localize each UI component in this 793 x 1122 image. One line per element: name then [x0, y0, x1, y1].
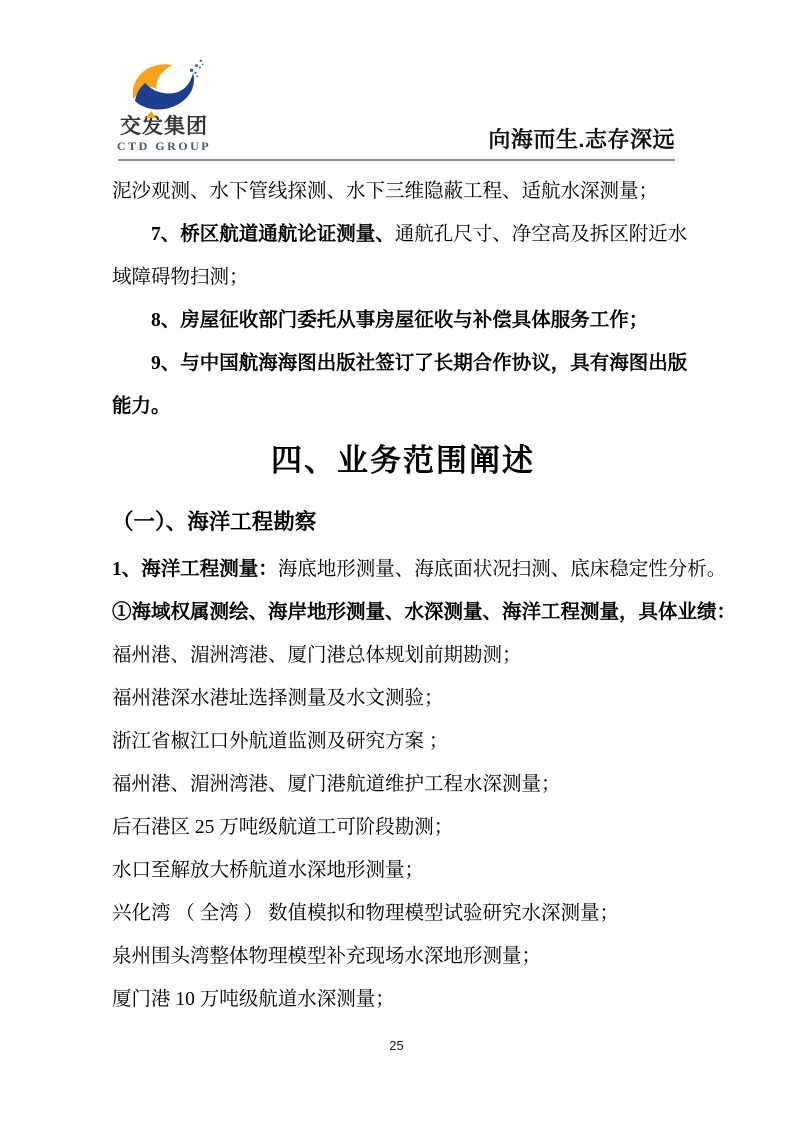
text-segment: 后石港区 25 万吨级航道工可阶段勘测； [112, 817, 453, 838]
chapter-title: 四、业务范围阐述 [112, 436, 694, 486]
text-segment: 福州港、湄洲湾港、厦门港总体规划前期勘测； [112, 645, 522, 666]
body-line: 8、房屋征收部门委托从事房屋征收与补偿具体服务工作； [112, 299, 694, 342]
text-segment: 水口至解放大桥航道水深地形测量； [112, 860, 424, 881]
body-line: 泉州围头湾整体物理模型补充现场水深地形测量； [112, 935, 694, 978]
document-page: 交发集团 CTD GROUP 向海而生.志存深远 泥沙观测、水下管线探测、水下三… [0, 0, 793, 1122]
body-line: 9、与中国航海海图出版社签订了长期合作协议，具有海图出版 [112, 342, 694, 385]
bold-text-segment: 9、与中国航海海图出版社签订了长期合作协议，具有海图出版 [151, 353, 687, 374]
bold-text-segment: ①海域权属测绘、海岸地形测量、水深测量、海洋工程测量，具体业绩： [112, 602, 736, 623]
body-line: 福州港、湄洲湾港、厦门港航道维护工程水深测量； [112, 763, 694, 806]
text-segment: 兴化湾 （ 全湾 ） 数值模拟和物理模型试验研究水深测量； [112, 903, 619, 924]
body-line: 泥沙观测、水下管线探测、水下三维隐蔽工程、适航水深测量； [112, 170, 694, 213]
header-slogan: 向海而生.志存深远 [488, 127, 675, 153]
body-line: 浙江省椒江口外航道监测及研究方案 ； [112, 720, 694, 763]
logo-accent-triangle-icon [146, 111, 156, 118]
text-segment: 通航孔尺寸、净空高及拆区附近水 [395, 224, 688, 245]
body-line: 7、桥区航道通航论证测量、通航孔尺寸、净空高及拆区附近水 [112, 213, 694, 256]
logo-cn-label: 交发集团 [120, 115, 208, 138]
logo-cn-text: 交发集团 [116, 116, 212, 138]
text-segment: 海底地形测量、海底面状况扫测、底床稳定性分析。 [278, 559, 727, 580]
text-segment: 泥沙观测、水下管线探测、水下三维隐蔽工程、适航水深测量； [112, 181, 658, 202]
body-line: 域障碍物扫测； [112, 256, 694, 299]
logo-swirl-icon [123, 56, 205, 116]
bold-text-segment: 1、海洋工程测量： [112, 559, 278, 580]
text-segment: 泉州围头湾整体物理模型补充现场水深地形测量； [112, 946, 541, 967]
body-line: 水口至解放大桥航道水深地形测量； [112, 849, 694, 892]
bold-text-segment: 7、桥区航道通航论证测量、 [151, 224, 395, 245]
intro-paragraphs: 泥沙观测、水下管线探测、水下三维隐蔽工程、适航水深测量；7、桥区航道通航论证测量… [112, 170, 694, 428]
page-content: 泥沙观测、水下管线探测、水下三维隐蔽工程、适航水深测量；7、桥区航道通航论证测量… [112, 170, 694, 1021]
body-line: ①海域权属测绘、海岸地形测量、水深测量、海洋工程测量，具体业绩： [112, 591, 694, 634]
text-segment: 福州港深水港址选择测量及水文测验； [112, 688, 444, 709]
body-line: 厦门港 10 万吨级航道水深测量； [112, 978, 694, 1021]
text-segment: 厦门港 10 万吨级航道水深测量； [112, 989, 395, 1010]
text-segment: 浙江省椒江口外航道监测及研究方案 ； [112, 731, 448, 752]
bold-text-segment: 能力。 [112, 396, 171, 417]
body-line: 能力。 [112, 385, 694, 428]
section-title: （一）、海洋工程勘察 [112, 502, 694, 542]
body-paragraphs: 1、海洋工程测量：海底地形测量、海底面状况扫测、底床稳定性分析。①海域权属测绘、… [112, 548, 694, 1021]
body-line: 福州港、湄洲湾港、厦门港总体规划前期勘测； [112, 634, 694, 677]
company-logo: 交发集团 CTD GROUP [116, 56, 212, 154]
body-line: 后石港区 25 万吨级航道工可阶段勘测； [112, 806, 694, 849]
logo-en-text: CTD GROUP [116, 139, 212, 154]
body-line: 兴化湾 （ 全湾 ） 数值模拟和物理模型试验研究水深测量； [112, 892, 694, 935]
text-segment: 域障碍物扫测； [112, 267, 249, 288]
body-line: 1、海洋工程测量：海底地形测量、海底面状况扫测、底床稳定性分析。 [112, 548, 694, 591]
text-segment: 福州港、湄洲湾港、厦门港航道维护工程水深测量； [112, 774, 561, 795]
body-line: 福州港深水港址选择测量及水文测验； [112, 677, 694, 720]
bold-text-segment: 8、房屋征收部门委托从事房屋征收与补偿具体服务工作； [151, 310, 648, 331]
page-number: 25 [0, 1038, 793, 1054]
header-divider [118, 159, 675, 161]
